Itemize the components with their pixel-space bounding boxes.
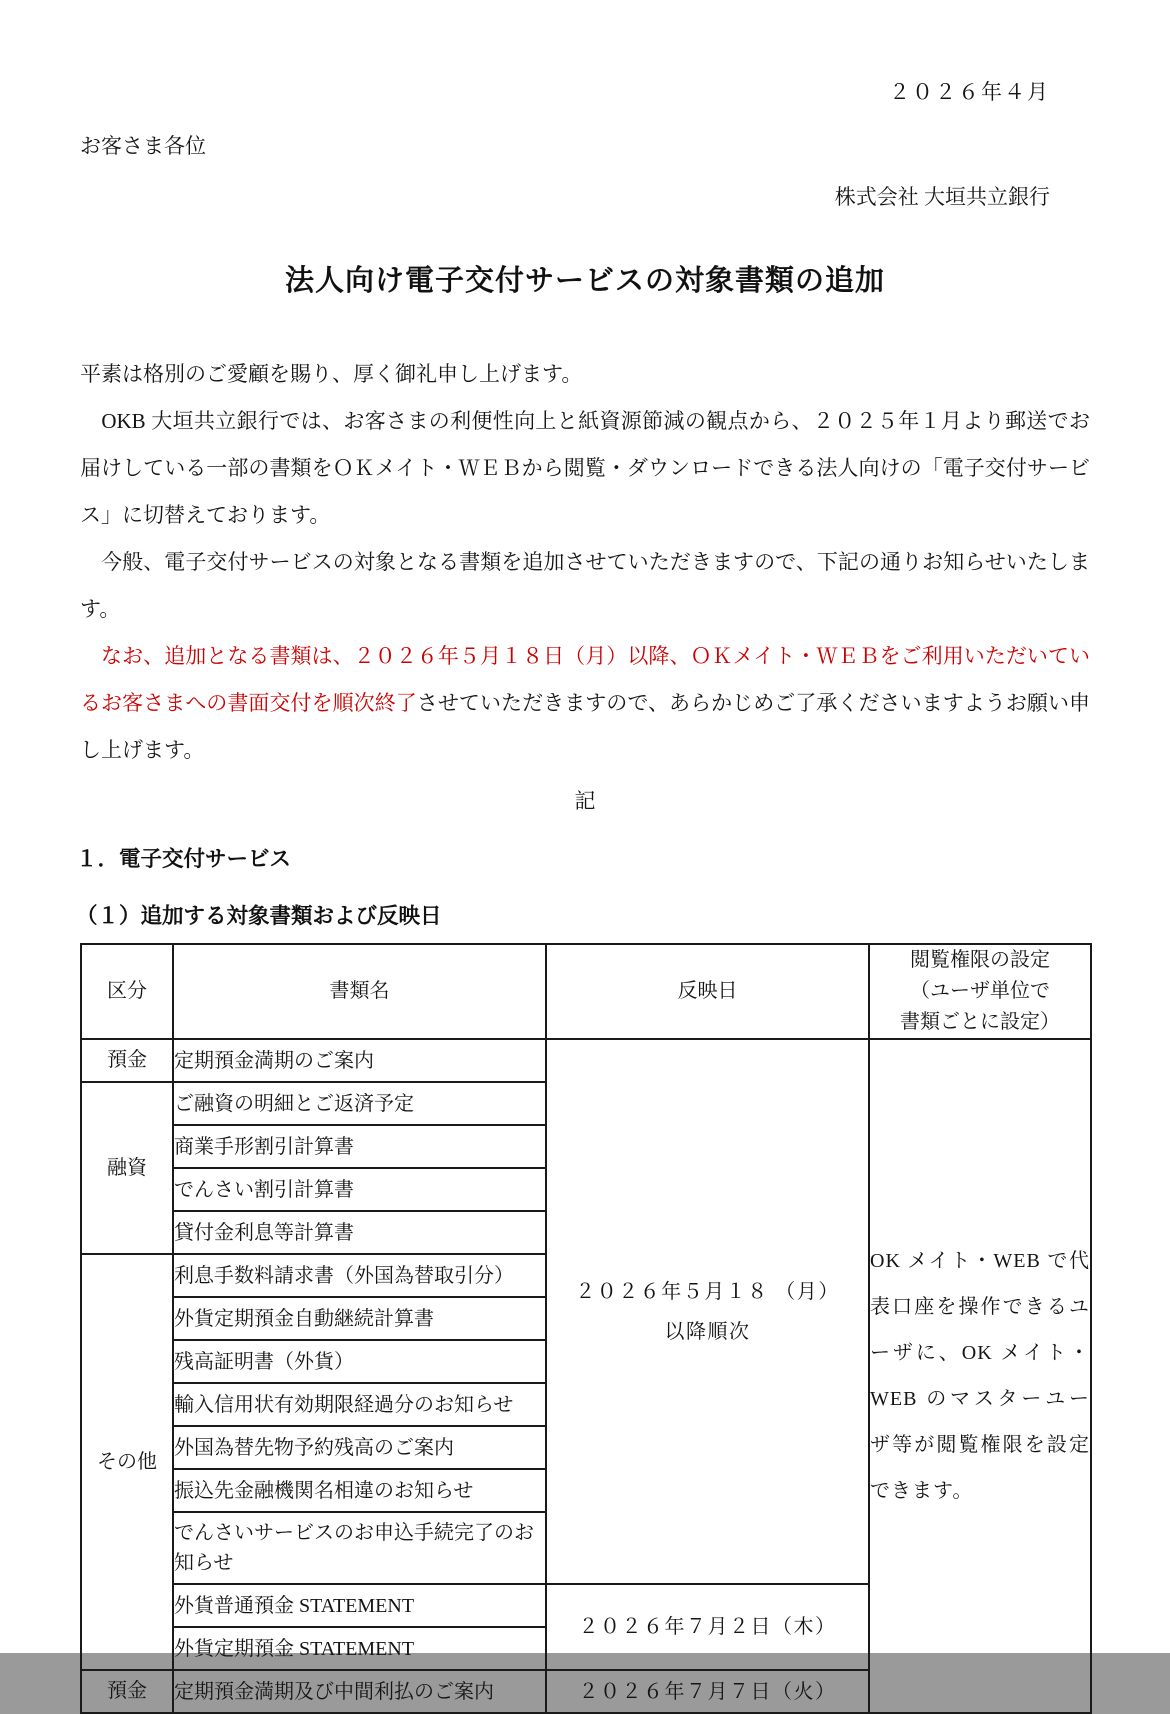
company-name: 株式会社 大垣共立銀行 [80, 181, 1090, 211]
category-loan: 融資 [81, 1082, 173, 1254]
permission-note: OK メイト・WEB で代表口座を操作できるユーザに、OK メイト・WEB のマ… [869, 1039, 1091, 1713]
document-name: 外国為替先物予約残高のご案内 [173, 1426, 546, 1469]
effective-date-1: ２０２６年５月１８ （月） 以降順次 [546, 1039, 869, 1584]
document-date: ２０２６年４月 [80, 76, 1090, 106]
documents-table: 区分 書類名 反映日 閲覧権限の設定 （ユーザ単位で 書類ごとに設定） 預金 定… [80, 943, 1092, 1714]
document-name: ご融資の明細とご返済予定 [173, 1082, 546, 1125]
document-name: でんさい割引計算書 [173, 1168, 546, 1211]
document-page: ２０２６年４月 お客さま各位 株式会社 大垣共立銀行 法人向け電子交付サービスの… [0, 0, 1170, 1653]
effective-date-2: ２０２６年７月２日（木） [546, 1584, 869, 1670]
document-name: 定期預金満期及び中間利払のご案内 [173, 1670, 546, 1713]
document-name: 振込先金融機関名相違のお知らせ [173, 1469, 546, 1512]
ki-marker: 記 [80, 778, 1090, 825]
paragraph-greeting: 平素は格別のご愛顧を賜り、厚く御礼申し上げます。 [80, 351, 1090, 398]
paragraph-discontinuation: なお、追加となる書類は、２０２６年５月１８日（月）以降、ＯＫメイト・ＷＥＢをご利… [80, 633, 1090, 774]
table-header-row: 区分 書類名 反映日 閲覧権限の設定 （ユーザ単位で 書類ごとに設定） [81, 944, 1091, 1039]
body-text: 平素は格別のご愛顧を賜り、厚く御礼申し上げます。 OKB 大垣共立銀行では、お客… [80, 351, 1090, 774]
page-title: 法人向け電子交付サービスの対象書類の追加 [80, 258, 1090, 299]
category-deposit: 預金 [81, 1039, 173, 1082]
paragraph-service-intro: OKB 大垣共立銀行では、お客さまの利便性向上と紙資源節減の観点から、２０２５年… [80, 398, 1090, 539]
col-header-document-name: 書類名 [173, 944, 546, 1039]
document-name: 利息手数料請求書（外国為替取引分） [173, 1254, 546, 1297]
col-header-effective-date: 反映日 [546, 944, 869, 1039]
document-name: 外貨普通預金 STATEMENT [173, 1584, 546, 1627]
document-name: 外貨定期預金 STATEMENT [173, 1627, 546, 1670]
col-header-category: 区分 [81, 944, 173, 1039]
paragraph-addition-notice: 今般、電子交付サービスの対象となる書類を追加させていただきますので、下記の通りお… [80, 539, 1090, 633]
effective-date-3: ２０２６年７月７日（火） [546, 1670, 869, 1713]
document-name: 残高証明書（外貨） [173, 1340, 546, 1383]
document-name: 輸入信用状有効期限経過分のお知らせ [173, 1383, 546, 1426]
document-name: でんさいサービスのお申込手続完了のお知らせ [173, 1512, 546, 1584]
category-other: その他 [81, 1254, 173, 1670]
document-name: 商業手形割引計算書 [173, 1125, 546, 1168]
section-heading-1: １．電子交付サービス [76, 842, 1090, 873]
document-name: 定期預金満期のご案内 [173, 1039, 546, 1082]
table-row: 預金 定期預金満期のご案内 ２０２６年５月１８ （月） 以降順次 OK メイト・… [81, 1039, 1091, 1082]
addressee: お客さま各位 [80, 130, 1090, 160]
document-name: 貸付金利息等計算書 [173, 1211, 546, 1254]
col-header-permission: 閲覧権限の設定 （ユーザ単位で 書類ごとに設定） [869, 944, 1091, 1039]
category-deposit-2: 預金 [81, 1670, 173, 1713]
document-name: 外貨定期預金自動継続計算書 [173, 1297, 546, 1340]
section-heading-2: （１）追加する対象書類および反映日 [76, 899, 1090, 930]
